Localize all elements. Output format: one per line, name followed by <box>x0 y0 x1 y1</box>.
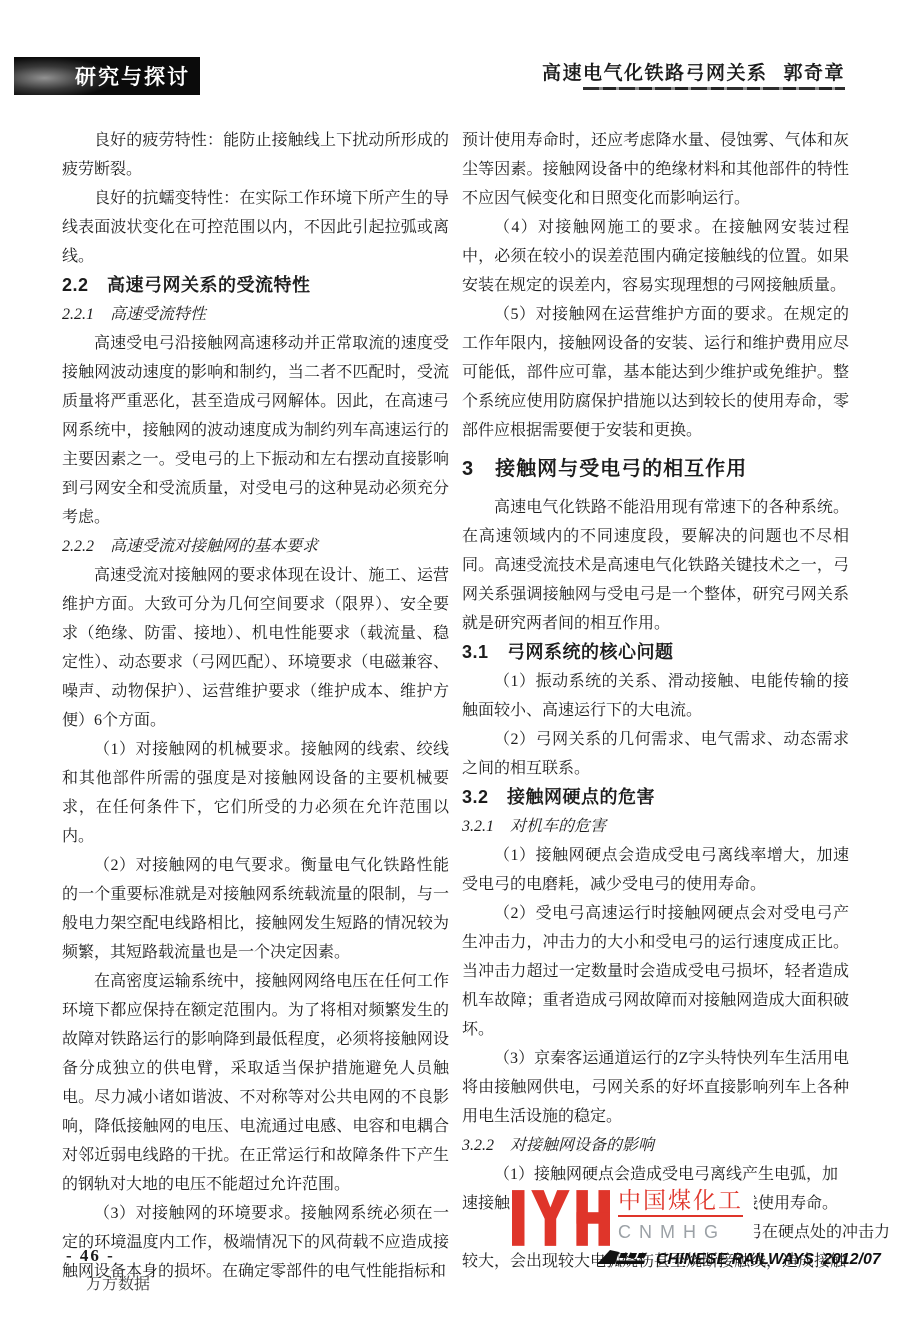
author-name: 郭奇章 <box>783 63 845 84</box>
paragraph: 高速电气化铁路不能沿用现有常速下的各种系统。在高速领域内的不同速度段，要解决的问… <box>462 493 849 638</box>
paragraph: （3）京秦客运通道运行的Z字头特快列车生活用电将由接触网供电，弓网关系的好坏直接… <box>462 1044 849 1131</box>
paragraph: （2）弓网关系的几何需求、电气需求、动态需求之间的相互联系。 <box>462 725 849 783</box>
coal-logo-icon <box>512 1187 610 1257</box>
paragraph: 良好的疲劳特性：能防止接触线上下扰动所形成的疲劳断裂。 <box>62 126 449 184</box>
minor-heading: 3.2.1 对机车的危害 <box>462 812 849 841</box>
watermark-cn-label: 中国煤化工 <box>618 1187 743 1217</box>
paragraph: 高速受流对接触网的要求体现在设计、施工、运营维护方面。大致可分为几何空间要求（限… <box>62 561 449 735</box>
text-columns: 良好的疲劳特性：能防止接触线上下扰动所形成的疲劳断裂。良好的抗蠕变特性：在实际工… <box>62 126 849 1286</box>
paragraph: 良好的抗蠕变特性：在实际工作环境下所产生的导线表面波状变化在可控范围以内，不因此… <box>62 184 449 271</box>
section-banner: 研究与探讨 <box>14 57 200 95</box>
page-number: - 46 - <box>66 1246 115 1266</box>
text-fragment: 弓在硬点处的冲击力 <box>746 1218 890 1247</box>
subsection-heading: 2.2 高速弓网关系的受流特性 <box>62 271 449 300</box>
running-header: 高速电气化铁路弓网关系郭奇章 <box>542 58 845 85</box>
minor-heading: 2.2.1 高速受流特性 <box>62 300 449 329</box>
subsection-heading: 3.1 弓网系统的核心问题 <box>462 638 849 667</box>
issue-label: 2012/07 <box>823 1251 881 1269</box>
paragraph: （2）受电弓高速运行时接触网硬点会对受电弓产生冲击力，冲击力的大小和受电弓的运行… <box>462 899 849 1044</box>
paragraph: （4）对接触网施工的要求。在接触网安装过程中，必须在较小的误差范围内确定接触线的… <box>462 213 849 300</box>
banner-label: 研究与探讨 <box>75 61 190 91</box>
subsection-heading: 3.2 接触网硬点的危害 <box>462 783 849 812</box>
paragraph: 高速受电弓沿接触网高速移动并正常取流的速度受接触网波动速度的影响和制约，当二者不… <box>62 329 449 532</box>
coal-watermark: 中国煤化工 CNMHG <box>512 1187 754 1249</box>
running-title: 高速电气化铁路弓网关系 <box>542 63 768 84</box>
paragraph: （2）对接触网的电气要求。衡量电气化铁路性能的一个重要标准就是对接触网系统载流量… <box>62 851 449 967</box>
provider-watermark: 万方数据 <box>86 1271 150 1294</box>
minor-heading: 3.2.2 对接触网设备的影响 <box>462 1131 849 1160</box>
watermark-text-block: 中国煤化工 CNMHG <box>618 1187 743 1244</box>
text-fragment: 线使用寿命。 <box>742 1189 838 1218</box>
paragraph-line: （1）接触网硬点会造成受电弓离线产生电弧，加 <box>462 1160 849 1189</box>
journal-footer: CHINESE RAILWAYS 2012/07 <box>597 1248 881 1271</box>
journal-name: CHINESE RAILWAYS <box>656 1251 814 1269</box>
minor-heading: 2.2.2 高速受流对接触网的基本要求 <box>62 532 449 561</box>
paragraph: 预计使用寿命时，还应考虑降水量、侵蚀雾、气体和灰尘等因素。接触网设备中的绝缘材料… <box>462 126 849 213</box>
right-column: 预计使用寿命时，还应考虑降水量、侵蚀雾、气体和灰尘等因素。接触网设备中的绝缘材料… <box>462 126 849 1286</box>
paragraph: 在高密度运输系统中，接触网网络电压在任何工作环境下都应保持在额定范围内。为了将相… <box>62 967 449 1199</box>
text-fragment: 速接触 <box>462 1189 510 1218</box>
left-column: 良好的疲劳特性：能防止接触线上下扰动所形成的疲劳断裂。良好的抗蠕变特性：在实际工… <box>62 126 449 1286</box>
paragraph: （1）振动系统的关系、滑动接触、电能传输的接触面较小、高速运行下的大电流。 <box>462 667 849 725</box>
paragraph: （5）对接触网在运营维护方面的要求。在规定的工作年限内，接触网设备的安装、运行和… <box>462 300 849 445</box>
title-rule <box>583 87 845 90</box>
document-page: 研究与探讨 高速电气化铁路弓网关系郭奇章 良好的疲劳特性：能防止接触线上下扰动所… <box>0 0 904 1318</box>
text-line: 速接触线使用寿命。 中国煤化工 CNMHG <box>462 1189 849 1218</box>
watermark-en-label: CNMHG <box>618 1220 743 1244</box>
paragraph: （1）对接触网的机械要求。接触网的线索、绞线和其他部件所需的强度是对接触网设备的… <box>62 735 449 851</box>
section-heading: 3 接触网与受电弓的相互作用 <box>462 454 849 484</box>
paragraph: （1）接触网硬点会造成受电弓离线率增大，加速受电弓的电磨耗，减少受电弓的使用寿命… <box>462 841 849 899</box>
